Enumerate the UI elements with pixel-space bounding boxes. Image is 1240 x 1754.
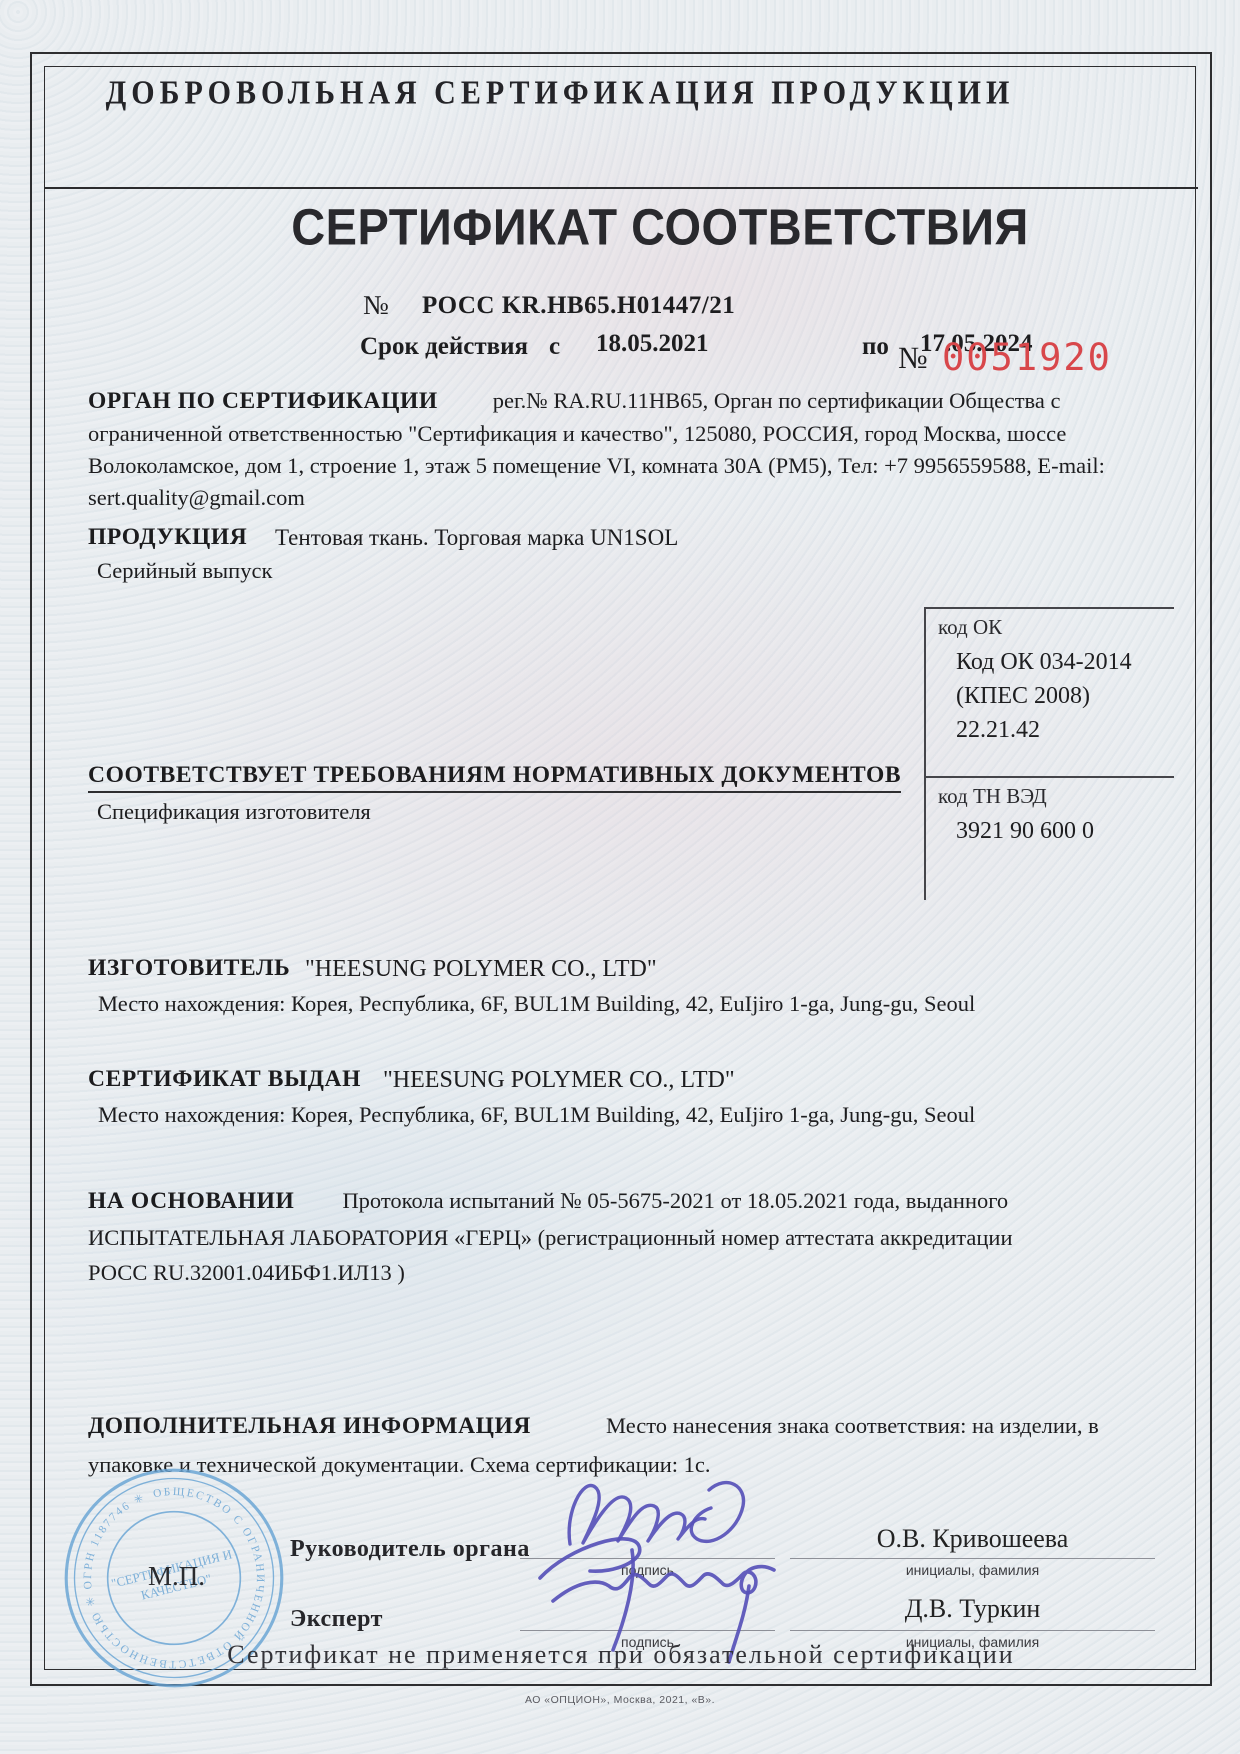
conforms-text: Спецификация изготовителя	[97, 799, 371, 825]
tnved-caption: код ТН ВЭД	[938, 784, 1047, 809]
head-name-line	[790, 1500, 1155, 1559]
certificate-title: СЕРТИФИКАТ СООТВЕТСТВИЯ	[120, 197, 1200, 256]
ok-code-box: код ОК Код ОК 034-2014 (КПЕС 2008) 22.21…	[924, 607, 1174, 781]
issued-to-address: Место нахождения: Корея, Республика, 6F,…	[98, 1102, 975, 1128]
ok-code-line3: 22.21.42	[956, 717, 1040, 744]
basis-label: НА ОСНОВАНИИ	[88, 1188, 294, 1214]
expert-name-line	[790, 1572, 1155, 1631]
print-house-imprint: АО «ОПЦИОН», Москва, 2021, «В».	[0, 1694, 1240, 1706]
cert-number-value: РОСС KR.HB65.H01447/21	[422, 292, 735, 320]
certificate-page: ДОБРОВОЛЬНАЯ СЕРТИФИКАЦИЯ ПРОДУКЦИИ СЕРТ…	[0, 0, 1240, 1754]
issued-to-label: СЕРТИФИКАТ ВЫДАН	[88, 1066, 361, 1093]
footer-note: Сертификат не применяется при обязательн…	[44, 1640, 1198, 1670]
validity-to-word: по	[862, 333, 889, 361]
stamp-place-mark: М.П.	[148, 1561, 205, 1592]
ok-code-caption: код ОК	[938, 615, 1002, 640]
product-label: ПРОДУКЦИЯ	[88, 524, 247, 551]
validity-from-date: 18.05.2021	[596, 330, 709, 358]
cert-number-sign: №	[363, 290, 389, 321]
banner-title: ДОБРОВОЛЬНАЯ СЕРТИФИКАЦИЯ ПРОДУКЦИИ	[40, 74, 1080, 113]
blank-number-value: 0051920	[942, 336, 1112, 379]
validity-from-word: с	[549, 333, 560, 361]
manufacturer-name: "HEESUNG POLYMER CO., LTD"	[305, 956, 657, 983]
header-divider	[44, 187, 1198, 189]
tnved-value: 3921 90 600 0	[956, 818, 1094, 845]
ok-code-line2: (КПЕС 2008)	[956, 683, 1090, 710]
conforms-heading-wrap: СООТВЕТСТВУЕТ ТРЕБОВАНИЯМ НОРМАТИВНЫХ ДО…	[88, 762, 901, 789]
manufacturer-address: Место нахождения: Корея, Республика, 6F,…	[98, 991, 975, 1017]
head-of-body-label: Руководитель органа	[290, 1536, 530, 1563]
additional-info-label: ДОПОЛНИТЕЛЬНАЯ ИНФОРМАЦИЯ	[88, 1413, 531, 1439]
expert-label: Эксперт	[290, 1606, 383, 1633]
product-issue-type: Серийный выпуск	[97, 558, 272, 584]
issued-to-name: "HEESUNG POLYMER CO., LTD"	[383, 1067, 735, 1094]
certification-body-block: ОРГАН ПО СЕРТИФИКАЦИИрег.№ RA.RU.11НВ65,…	[88, 385, 1110, 514]
tnved-code-box: код ТН ВЭД 3921 90 600 0	[924, 776, 1174, 900]
manufacturer-label: ИЗГОТОВИТЕЛЬ	[88, 955, 290, 982]
validity-label: Срок действия	[360, 333, 528, 361]
basis-block: НА ОСНОВАНИИПротокола испытаний № 05-567…	[88, 1183, 1053, 1290]
blank-number-sign: №	[898, 340, 928, 376]
conforms-heading: СООТВЕТСТВУЕТ ТРЕБОВАНИЯМ НОРМАТИВНЫХ ДО…	[88, 762, 901, 793]
ok-code-line1: Код ОК 034-2014	[956, 649, 1132, 676]
certification-body-label: ОРГАН ПО СЕРТИФИКАЦИИ	[88, 388, 438, 414]
product-name: Тентовая ткань. Торговая марка UN1SOL	[275, 525, 678, 551]
